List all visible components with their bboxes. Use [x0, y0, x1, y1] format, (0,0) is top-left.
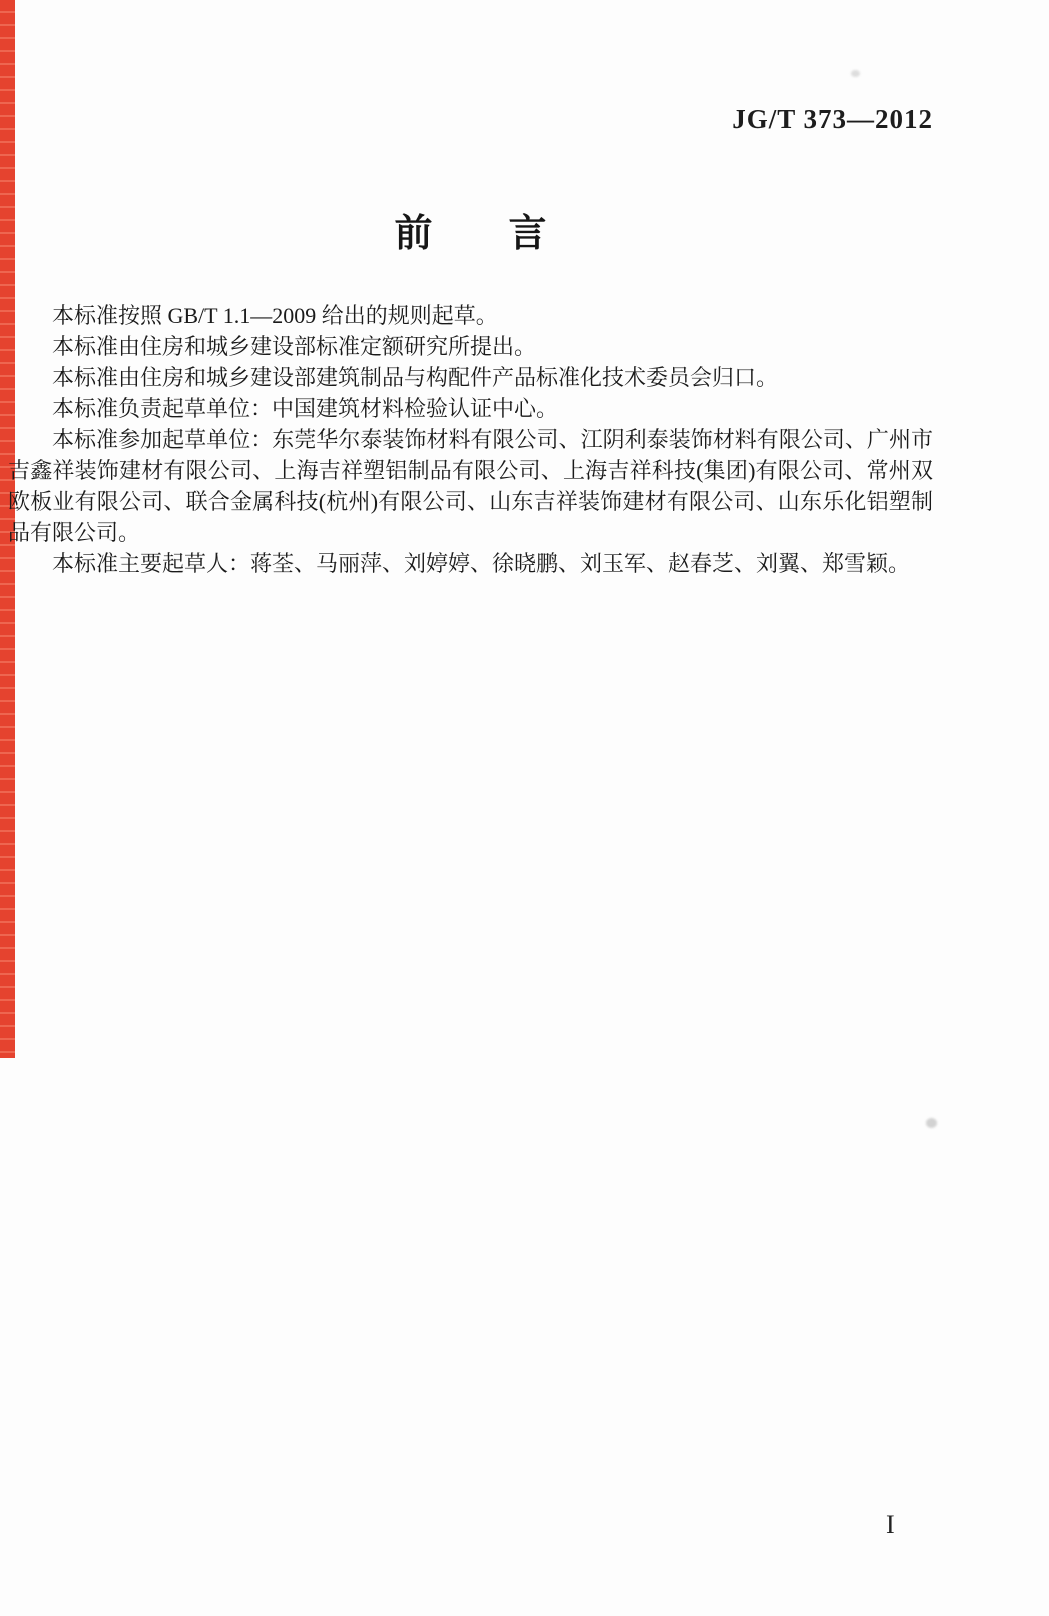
page-title: 前 言: [8, 202, 933, 257]
foreword-paragraph: 本标准由住房和城乡建设部建筑制品与构配件产品标准化技术委员会归口。: [8, 362, 933, 393]
foreword-paragraph: 本标准主要起草人：蒋荃、马丽萍、刘婷婷、徐晓鹏、刘玉军、赵春芝、刘翼、郑雪颖。: [8, 548, 933, 579]
standard-number: JG/T 373—2012: [8, 104, 933, 135]
foreword-paragraph: 本标准负责起草单位：中国建筑材料检验认证中心。: [8, 393, 933, 424]
page-number: I: [886, 1510, 895, 1540]
foreword-paragraph: 本标准参加起草单位：东莞华尔泰装饰材料有限公司、江阴利泰装饰材料有限公司、广州市…: [8, 424, 933, 548]
document-page: JG/T 373—2012 前 言 本标准按照 GB/T 1.1—2009 给出…: [0, 0, 1049, 1616]
foreword-paragraph: 本标准按照 GB/T 1.1—2009 给出的规则起草。: [8, 300, 933, 331]
foreword-body: 本标准按照 GB/T 1.1—2009 给出的规则起草。 本标准由住房和城乡建设…: [8, 300, 933, 579]
scan-artifact: [851, 70, 860, 77]
scan-artifact: [926, 1118, 937, 1128]
foreword-paragraph: 本标准由住房和城乡建设部标准定额研究所提出。: [8, 331, 933, 362]
